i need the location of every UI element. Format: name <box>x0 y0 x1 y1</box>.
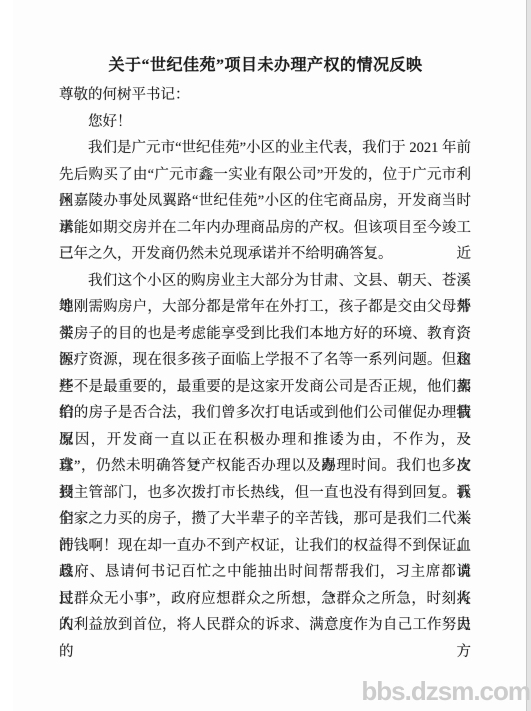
document-title: 关于“世纪佳苑”项目未办理产权的情况反映 <box>60 52 471 75</box>
text-line: 民群众无小事”，政府应想群众之所想，急群众之所急，时刻将人民 <box>59 586 471 613</box>
text-line: 原因，开发商一直以正在积极办理和推诿为由，不作为，一直“踢皮 <box>59 427 471 454</box>
page-left-edge <box>0 0 13 711</box>
text-line: 到主管部门，也多次拨打市长热线，但一直也没有得到回复。我们举 <box>59 480 471 507</box>
text-line: 买房子的目的也是考虑能享受到比我们本地方好的环境、教育资源和 <box>59 321 471 348</box>
greeting-line: 您好！ <box>59 109 471 136</box>
document-page: 关于“世纪佳苑”项目未办理产权的情况反映 尊敬的何树平书记： 您好！ 我们是广元… <box>0 0 531 711</box>
text-line: 还不是最重要的，最重要的是这家开发商公司是否正规，他们卖给我 <box>59 374 471 401</box>
text-line: 诺能如期交房并在二年内办理商品房的产权。但该项目至今竣工已近 <box>59 215 471 242</box>
text-line: 的利益放到首位，将人民群众的诉求、满意度作为自己工作努力的方 <box>59 612 471 639</box>
text-line: 我们是广元市“世纪佳苑”小区的业主代表，我们于 2021 年前 <box>59 135 471 162</box>
text-line: 先后购买了由“广元市鑫一实业有限公司”开发的，位于广元市利州 <box>59 162 471 189</box>
text-line: 球”，仍然未明确答复产权能否办理以及办理时间。我们也多次投诉 <box>59 453 471 480</box>
page-right-edge <box>526 0 531 711</box>
text-line: 区嘉陵办事处凤翼路“世纪佳苑”小区的住宅商品房，开发商当时承 <box>59 188 471 215</box>
text-line: 汗钱啊！现在却一直办不到产权证，让我们的权益得不到保证。恳请 <box>59 533 471 560</box>
document-body: 尊敬的何树平书记： 您好！ 我们是广元市“世纪佳苑”小区的业主代表，我们于 20… <box>59 82 471 639</box>
text-line: 医疗资源，现在很多孩子面临上学报不了名等一系列问题。但这些都 <box>59 347 471 374</box>
watermark: bbs.dzsm.com <box>361 676 530 707</box>
text-line: 全家之力买的房子，攒了大半辈子的辛苦钱，那可是我们二代人的血 <box>59 506 471 533</box>
text-line: 们的房子是否合法，我们曾多次打电话或到他们公司催促办理情况及 <box>59 400 471 427</box>
salutation-line: 尊敬的何树平书记： <box>59 82 471 109</box>
text-line: 地刚需购房户，大部分都是常年在外打工，孩子都是交由父母帮带， <box>59 294 471 321</box>
text-line: 我们这个小区的购房业主大部分为甘肃、文县、朝天、苍溪等外 <box>59 268 471 295</box>
text-line: 政府、恳请何书记百忙之中能抽出时间帮帮我们，习主席都说过：“人 <box>59 559 471 586</box>
